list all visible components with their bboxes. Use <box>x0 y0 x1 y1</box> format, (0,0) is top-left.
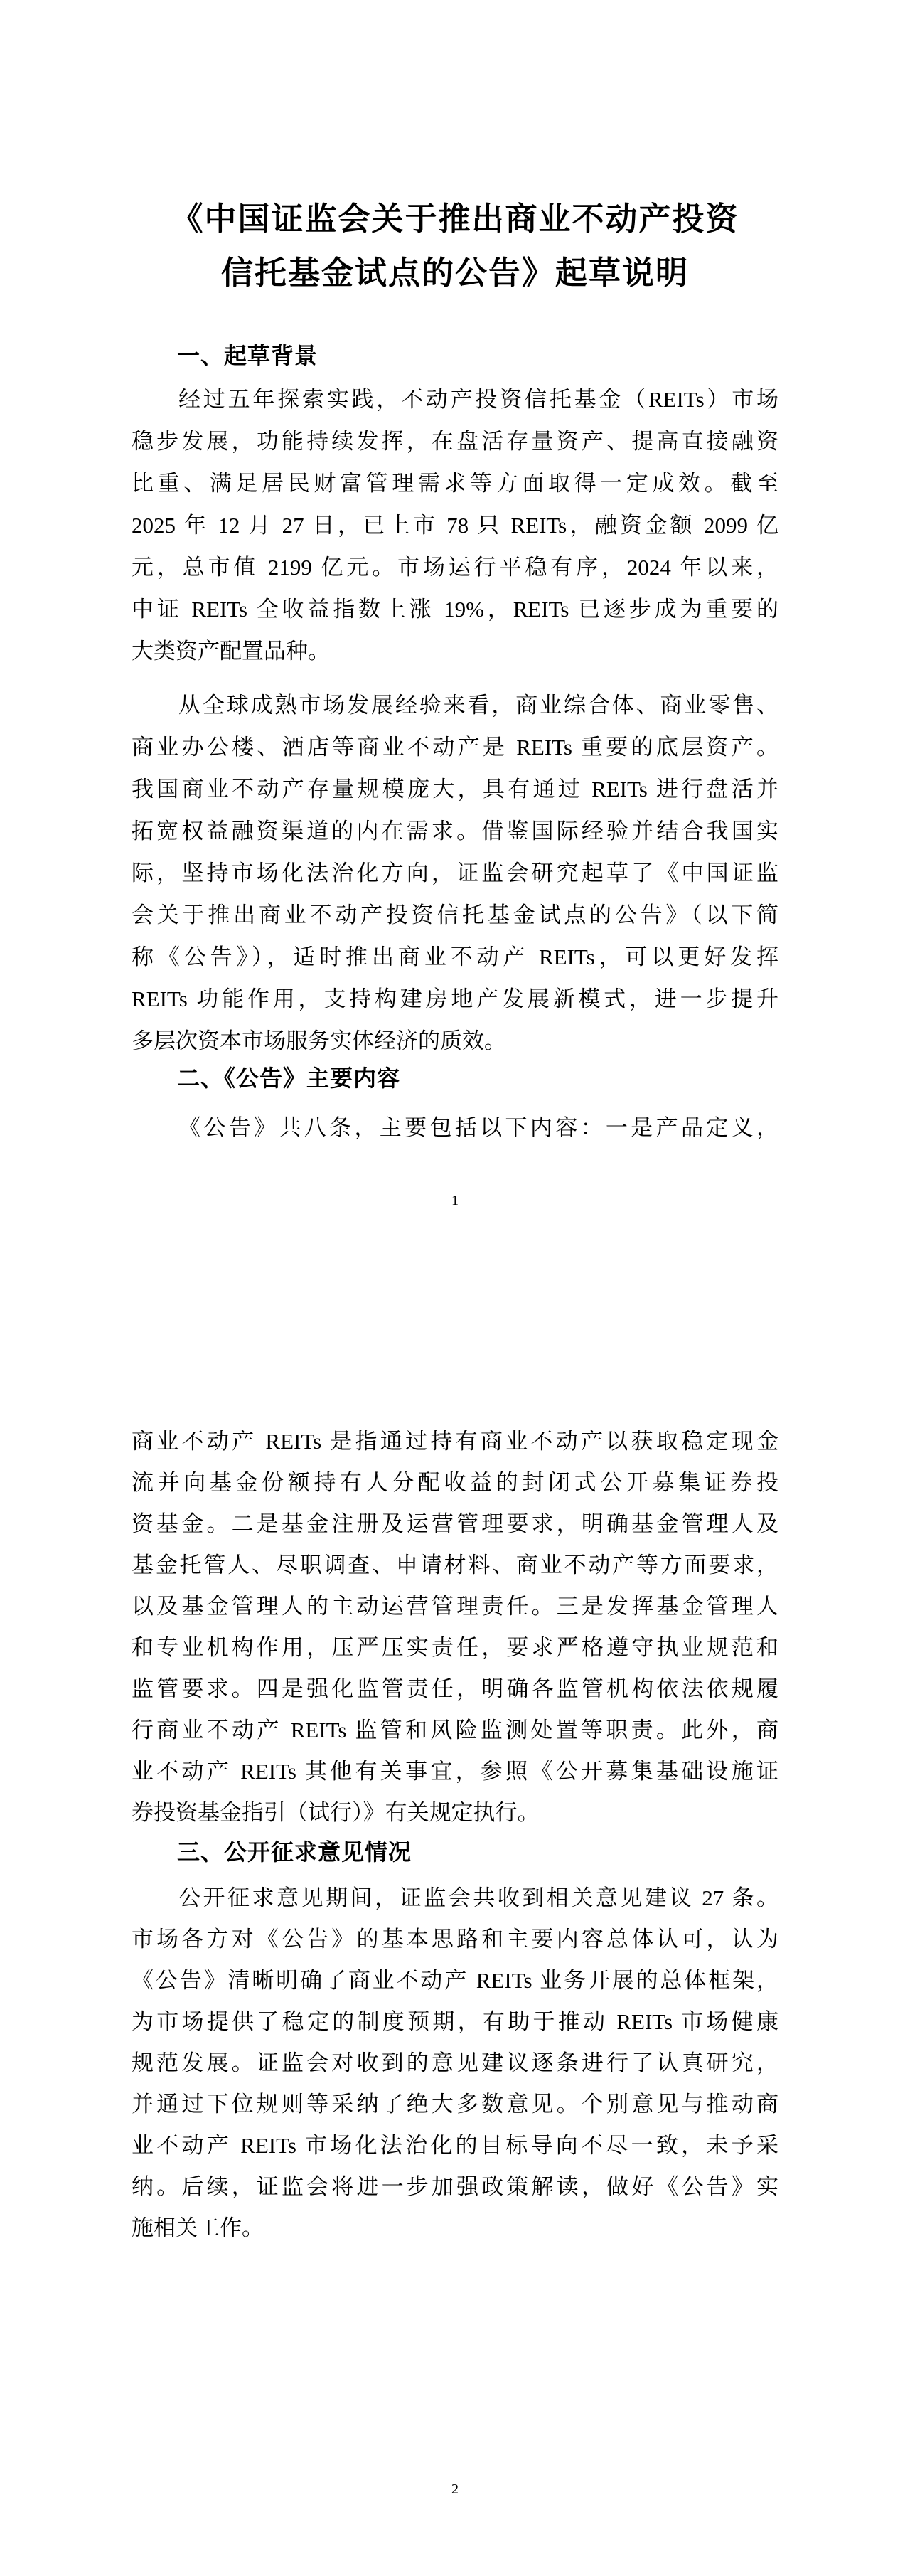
text-line: 经过五年探索实践，不动产投资信托基金（REITs）市场 <box>132 378 778 420</box>
text-line: 《公告》清晰明确了商业不动产 REITs 业务开展的总体框架， <box>132 1960 778 2001</box>
text-line: 称《公告》），适时推出商业不动产 REITs，可以更好发挥 <box>132 936 778 978</box>
section-heading-background: 一、起草背景 <box>132 340 824 371</box>
paragraph-4: 公开征求意见期间，证监会共收到相关意见建议 27 条。市场各方对《公告》的基本思… <box>132 1878 778 2249</box>
paragraph-3-start: 《公告》共八条，主要包括以下内容：一是产品定义， <box>132 1107 778 1149</box>
text-line: 纳。后续，证监会将进一步加强政策解读，做好《公告》实 <box>132 2166 778 2208</box>
paragraph-3-continued: 商业不动产 REITs 是指通过持有商业不动产以获取稳定现金流并向基金份额持有人… <box>132 1421 778 1833</box>
text-line: 商业不动产 REITs 是指通过持有商业不动产以获取稳定现金 <box>132 1421 778 1462</box>
text-line: 并通过下位规则等采纳了绝大多数意见。个别意见与推动商 <box>132 2084 778 2125</box>
text-line: 以及基金管理人的主动运营管理责任。三是发挥基金管理人 <box>132 1586 778 1627</box>
text-line: REITs 功能作用，支持构建房地产发展新模式，进一步提升 <box>132 978 778 1020</box>
document-title-line-2: 信托基金试点的公告》起草说明 <box>0 246 910 300</box>
text-line: 流并向基金份额持有人分配收益的封闭式公开募集证券投 <box>132 1462 778 1503</box>
text-line: 和专业机构作用，压严压实责任，要求严格遵守执业规范和 <box>132 1627 778 1668</box>
text-line: 商业办公楼、酒店等商业不动产是 REITs 重要的底层资产。 <box>132 726 778 768</box>
text-line: 监管要求。四是强化监管责任，明确各监管机构依法依规履 <box>132 1668 778 1710</box>
paragraph-1: 经过五年探索实践，不动产投资信托基金（REITs）市场稳步发展，功能持续发挥，在… <box>132 378 778 672</box>
document-viewport: 《中国证监会关于推出商业不动产投资 信托基金试点的公告》起草说明 一、起草背景 … <box>0 0 910 2576</box>
section-heading-main-content: 二、《公告》主要内容 <box>132 1063 824 1094</box>
text-line: 元，总市值 2199 亿元。市场运行平稳有序，2024 年以来， <box>132 546 778 588</box>
text-line: 规范发展。证监会对收到的意见建议逐条进行了认真研究， <box>132 2043 778 2084</box>
document-title: 《中国证监会关于推出商业不动产投资 信托基金试点的公告》起草说明 <box>0 192 910 300</box>
page-number-2: 2 <box>0 2481 910 2498</box>
text-line: 稳步发展，功能持续发挥，在盘活存量资产、提高直接融资 <box>132 420 778 462</box>
text-line: 际，坚持市场化法治化方向，证监会研究起草了《中国证监 <box>132 852 778 894</box>
document-title-line-1: 《中国证监会关于推出商业不动产投资 <box>0 192 910 246</box>
text-line: 中证 REITs 全收益指数上涨 19%，REITs 已逐步成为重要的 <box>132 588 778 630</box>
text-line: 券投资基金指引（试行）》有关规定执行。 <box>132 1792 778 1833</box>
page-number-1: 1 <box>0 1192 910 1209</box>
text-line: 行商业不动产 REITs 监管和风险监测处置等职责。此外，商 <box>132 1710 778 1751</box>
text-line: 资基金。二是基金注册及运营管理要求，明确基金管理人及 <box>132 1503 778 1545</box>
text-line: 基金托管人、尽职调查、申请材料、商业不动产等方面要求， <box>132 1545 778 1586</box>
text-line: 比重、满足居民财富管理需求等方面取得一定成效。截至 <box>132 462 778 504</box>
text-line: 公开征求意见期间，证监会共收到相关意见建议 27 条。 <box>132 1878 778 1919</box>
text-line: 施相关工作。 <box>132 2208 778 2249</box>
text-line: 从全球成熟市场发展经验来看，商业综合体、商业零售、 <box>132 684 778 726</box>
text-line: 会关于推出商业不动产投资信托基金试点的公告》（以下简 <box>132 894 778 936</box>
text-line: 业不动产 REITs 市场化法治化的目标导向不尽一致，未予采 <box>132 2125 778 2166</box>
section-heading-public-comment: 三、公开征求意见情况 <box>132 1836 824 1868</box>
text-line: 业不动产 REITs 其他有关事宜，参照《公开募集基础设施证 <box>132 1751 778 1792</box>
text-line: 拓宽权益融资渠道的内在需求。借鉴国际经验并结合我国实 <box>132 810 778 852</box>
text-line: 大类资产配置品种。 <box>132 630 778 672</box>
text-line: 市场各方对《公告》的基本思路和主要内容总体认可，认为 <box>132 1919 778 1960</box>
text-line: 多层次资本市场服务实体经济的质效。 <box>132 1020 778 1062</box>
text-line: 2025 年 12 月 27 日，已上市 78 只 REITs，融资金额 209… <box>132 504 778 546</box>
text-line: 我国商业不动产存量规模庞大，具有通过 REITs 进行盘活并 <box>132 768 778 810</box>
text-line: 《公告》共八条，主要包括以下内容：一是产品定义， <box>132 1107 778 1149</box>
text-line: 为市场提供了稳定的制度预期，有助于推动 REITs 市场健康 <box>132 2001 778 2043</box>
paragraph-2: 从全球成熟市场发展经验来看，商业综合体、商业零售、商业办公楼、酒店等商业不动产是… <box>132 684 778 1062</box>
